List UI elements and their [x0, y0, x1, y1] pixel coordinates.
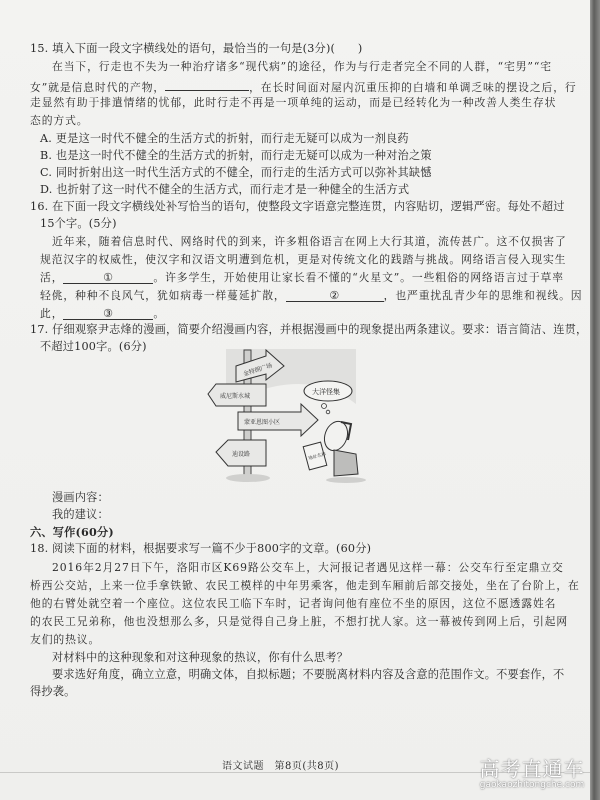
- section-writing-title: 六、写作(60分): [30, 525, 114, 539]
- q18-material-line: 他的右臂处就空着一个座位。这位农民工临下车时，记者询问他有座位不坐的原因，这位不…: [30, 597, 556, 611]
- q18-stem: 18. 阅读下面的材料，根据要求写一篇不少于800字的文章。(60分): [30, 542, 371, 556]
- q16-passage-line: 近年来，随着信息时代、网络时代的到来，许多粗俗语言在网上大行其道，流传甚广。这不…: [52, 235, 567, 249]
- cartoon-content-label: 漫画内容：: [52, 491, 109, 505]
- watermark-title: 高考直通车: [476, 758, 588, 780]
- q15-option-c: C. 同时折射出这一时代生活方式的不健全，而行走的生活方式可以弥补其缺憾: [40, 166, 432, 180]
- q18-requirement: 要求选好角度，确立立意，明确文体，自拟标题；不要脱离材料内容及含意的范围作文。不…: [52, 668, 564, 682]
- q16-blank-3[interactable]: ③: [63, 307, 153, 320]
- q16-stem-cont: 15个字。(5分): [40, 217, 117, 231]
- signpost-cartoon-icon: 金特朗广场 威尼斯水城 蒙亚恩图小区 迪设路 大洋怪集 地址名称: [206, 344, 386, 484]
- q15-passage-line: 女”就是信息时代的产物，，在长时间面对屋内沉重压抑的白墙和单调乏味的摆设之后，行: [30, 78, 577, 95]
- q16-passage-line: 活，①。许多学生，开始使用让家长看不懂的“火星文”。一些粗俗的网络语言过于草率: [40, 271, 564, 285]
- q16-blank-1[interactable]: ①: [63, 271, 153, 284]
- q18-question: 对材料中的这种现象和对这种现象的热议，你有什么思考？: [52, 651, 348, 665]
- q15-stem: 15. 填入下面一段文字横线处的语句，最恰当的一句是(3分)( ): [30, 42, 362, 56]
- q16-text: 轻佻，种种不良风气，犹如病毒一样蔓延扩散，: [40, 289, 286, 302]
- q16-text: 。: [153, 307, 165, 320]
- svg-text:威尼斯水城: 威尼斯水城: [220, 392, 250, 400]
- watermark: 高考直通车 gaokaozhitongche.com: [476, 758, 588, 791]
- watermark-url: gaokaozhitongche.com: [476, 780, 588, 791]
- q15-passage-text: ，在长时间面对屋内沉重压抑的白墙和单调乏味的摆设之后，行: [249, 81, 577, 94]
- q15-passage-text: 女”就是信息时代的产物，: [30, 81, 165, 94]
- q15-option-b: B. 也是这一时代不健全的生活方式的折射，而行走无疑可以成为一种对治之策: [40, 149, 432, 163]
- q16-text: ，也严重扰乱青少年的思维和视线。因: [384, 289, 583, 302]
- q15-passage-line: 走显然有助于排遣情绪的忧郁，此时行走不再是一项单纯的运动，而是已经转化为一种改善…: [30, 96, 556, 110]
- q16-blank-2[interactable]: ②: [286, 289, 384, 302]
- page-binding-edge: [590, 0, 600, 800]
- svg-text:大洋怪集: 大洋怪集: [312, 387, 340, 396]
- q16-passage-line: 轻佻，种种不良风气，犹如病毒一样蔓延扩散，②，也严重扰乱青少年的思维和视线。因: [40, 289, 583, 303]
- page-footer: 语文试题 第8页(共8页): [222, 757, 339, 772]
- svg-text:迪设路: 迪设路: [232, 450, 250, 458]
- q15-passage-line: 在当下，行走也不失为一种治疗诸多“现代病”的途径，作为与行走者完全不同的人群，“…: [52, 60, 552, 74]
- q17-stem-cont: 不超过100字。(6分): [40, 340, 147, 354]
- q15-passage-line: 态的方式。: [30, 114, 88, 128]
- q15-option-a: A. 更是这一时代不健全的生活方式的折射，而行走无疑可以成为一剂良药: [40, 132, 409, 146]
- q18-material-line: 的农民工兄弟称，他也没想那么多，只是觉得自己身上脏，不想打扰人家。这一幕被传到网…: [30, 615, 568, 629]
- q18-requirement-cont: 得抄袭。: [30, 685, 76, 699]
- q16-stem: 16. 在下面一段文字横线处补写恰当的语句，使整段文字语意完整连贯，内容贴切，逻…: [30, 200, 565, 214]
- svg-text:蒙亚恩图小区: 蒙亚恩图小区: [244, 418, 280, 426]
- exam-page: 15. 填入下面一段文字横线处的语句，最恰当的一句是(3分)( ) 在当下，行走…: [0, 0, 590, 800]
- q16-text: 此，: [40, 307, 63, 320]
- q18-material-line: 桥西公交站，上来一位手拿铁锨、农民工模样的中年男乘客，他走到车厢前后部交接处，坐…: [30, 579, 580, 593]
- q16-passage-line: 此，③。: [40, 307, 165, 321]
- q18-material-line: 2016年2月27日下午，洛阳市区K69路公交车上，大河报记者遇见这样一幕：公交…: [52, 561, 564, 575]
- q15-option-d: D. 也折射了这一时代不健全的生活方式，而行走才是一种健全的生活方式: [40, 183, 409, 197]
- q16-text: 活，: [40, 271, 63, 284]
- q18-material-line: 友们的热议。: [30, 633, 100, 647]
- q16-text: 。许多学生，开始使用让家长看不懂的“火星文”。一些粗俗的网络语言过于草率: [153, 271, 564, 284]
- suggestion-label: 我的建议：: [52, 508, 109, 522]
- q16-passage-line: 规范汉字的权威性，使汉字和汉语文明遭到危机，更是对传统文化的践踏与挑战。网络语言…: [40, 253, 566, 267]
- q17-stem: 17. 仔细观察尹志烽的漫画，简要介绍漫画内容，并根据漫画中的现象提出两条建议。…: [30, 323, 587, 337]
- q15-answer-blank[interactable]: [165, 78, 249, 91]
- cartoon-illustration: 金特朗广场 威尼斯水城 蒙亚恩图小区 迪设路 大洋怪集 地址名称: [206, 344, 386, 484]
